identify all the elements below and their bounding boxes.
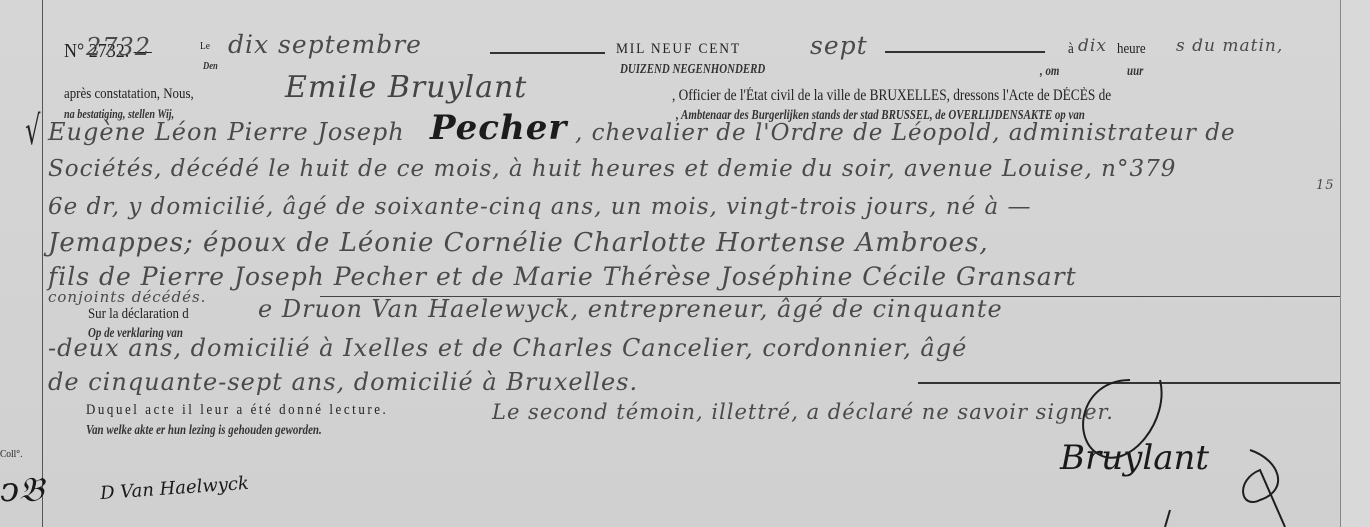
body-line-5: fils de Pierre Joseph Pecher et de Marie… (48, 262, 1077, 291)
declaration-line-1: e Druon Van Haelewyck, entrepreneur, âgé… (258, 295, 1003, 323)
declaration-line-3: de cinquante-sept ans, domicilié à Bruxe… (48, 368, 638, 396)
record-number-handwritten: 2732 (86, 33, 151, 61)
year-handwritten: sept (810, 31, 868, 60)
deceased-surname: Pecher (430, 108, 567, 148)
apres-label: après constatation, Nous, (64, 86, 194, 103)
hour-handwritten: dix (1078, 36, 1107, 56)
witness-signature: D Van Haelwyck (99, 473, 249, 504)
declaration-line-2: -deux ans, domicilié à Ixelles et de Cha… (48, 334, 967, 362)
left-margin-rule (42, 0, 43, 527)
document-page: √ Coll°. ↄ𝔅 N° 2732. — 2732 Le Den dix s… (0, 0, 1370, 527)
reading-note: Le second témoin, illettré, a déclaré ne… (492, 400, 1114, 424)
om-label: , om (1040, 64, 1059, 80)
deceased-title: , chevalier de l'Ordre de Léopold, admin… (575, 120, 1236, 146)
uur-label: uur (1127, 64, 1143, 80)
deceased-given-names: Eugène Léon Pierre Joseph (48, 118, 405, 146)
margin-initial-mark: ↄ𝔅 (0, 470, 44, 510)
officer-signature-flourish (1060, 360, 1320, 527)
right-page-edge (1340, 0, 1370, 527)
le-label: Le (200, 40, 210, 52)
body-line-6: conjoints décédés. (48, 288, 206, 306)
margin-checkmark: √ (25, 108, 40, 154)
officer-name-handwritten: Emile Bruylant (285, 70, 527, 105)
date-handwritten: dix septembre (228, 30, 422, 59)
body-line-4: Jemappes; époux de Léonie Cornélie Charl… (48, 228, 989, 258)
reading-label-nl: Van welke akte er hun lezing is gehouden… (86, 423, 322, 439)
reading-label-fr: Duquel acte il leur a été donné lecture. (86, 402, 388, 419)
margin-coll-label: Coll°. (0, 448, 22, 460)
declaration-label-fr: Sur la déclaration d (88, 306, 189, 323)
a-label: à (1068, 41, 1074, 58)
time-handwritten: s du matin, (1176, 36, 1283, 56)
body-line-3: 6e dr, y domicilié, âgé de soixante-cinq… (48, 194, 1032, 220)
officer-text-fr: , Officier de l'État civil de la ville d… (672, 87, 1111, 105)
margin-note-number: 15 (1316, 178, 1335, 193)
date-fill-line (490, 52, 605, 54)
den-label: Den (203, 60, 218, 72)
heure-label: heure (1117, 41, 1146, 58)
year-label-fr: MIL NEUF CENT (616, 41, 741, 58)
body-line-2: Sociétés, décédé le huit de ce mois, à h… (48, 156, 1176, 182)
year-fill-line (885, 51, 1045, 53)
year-label-nl: DUIZEND NEGENHONDERD (620, 62, 765, 78)
